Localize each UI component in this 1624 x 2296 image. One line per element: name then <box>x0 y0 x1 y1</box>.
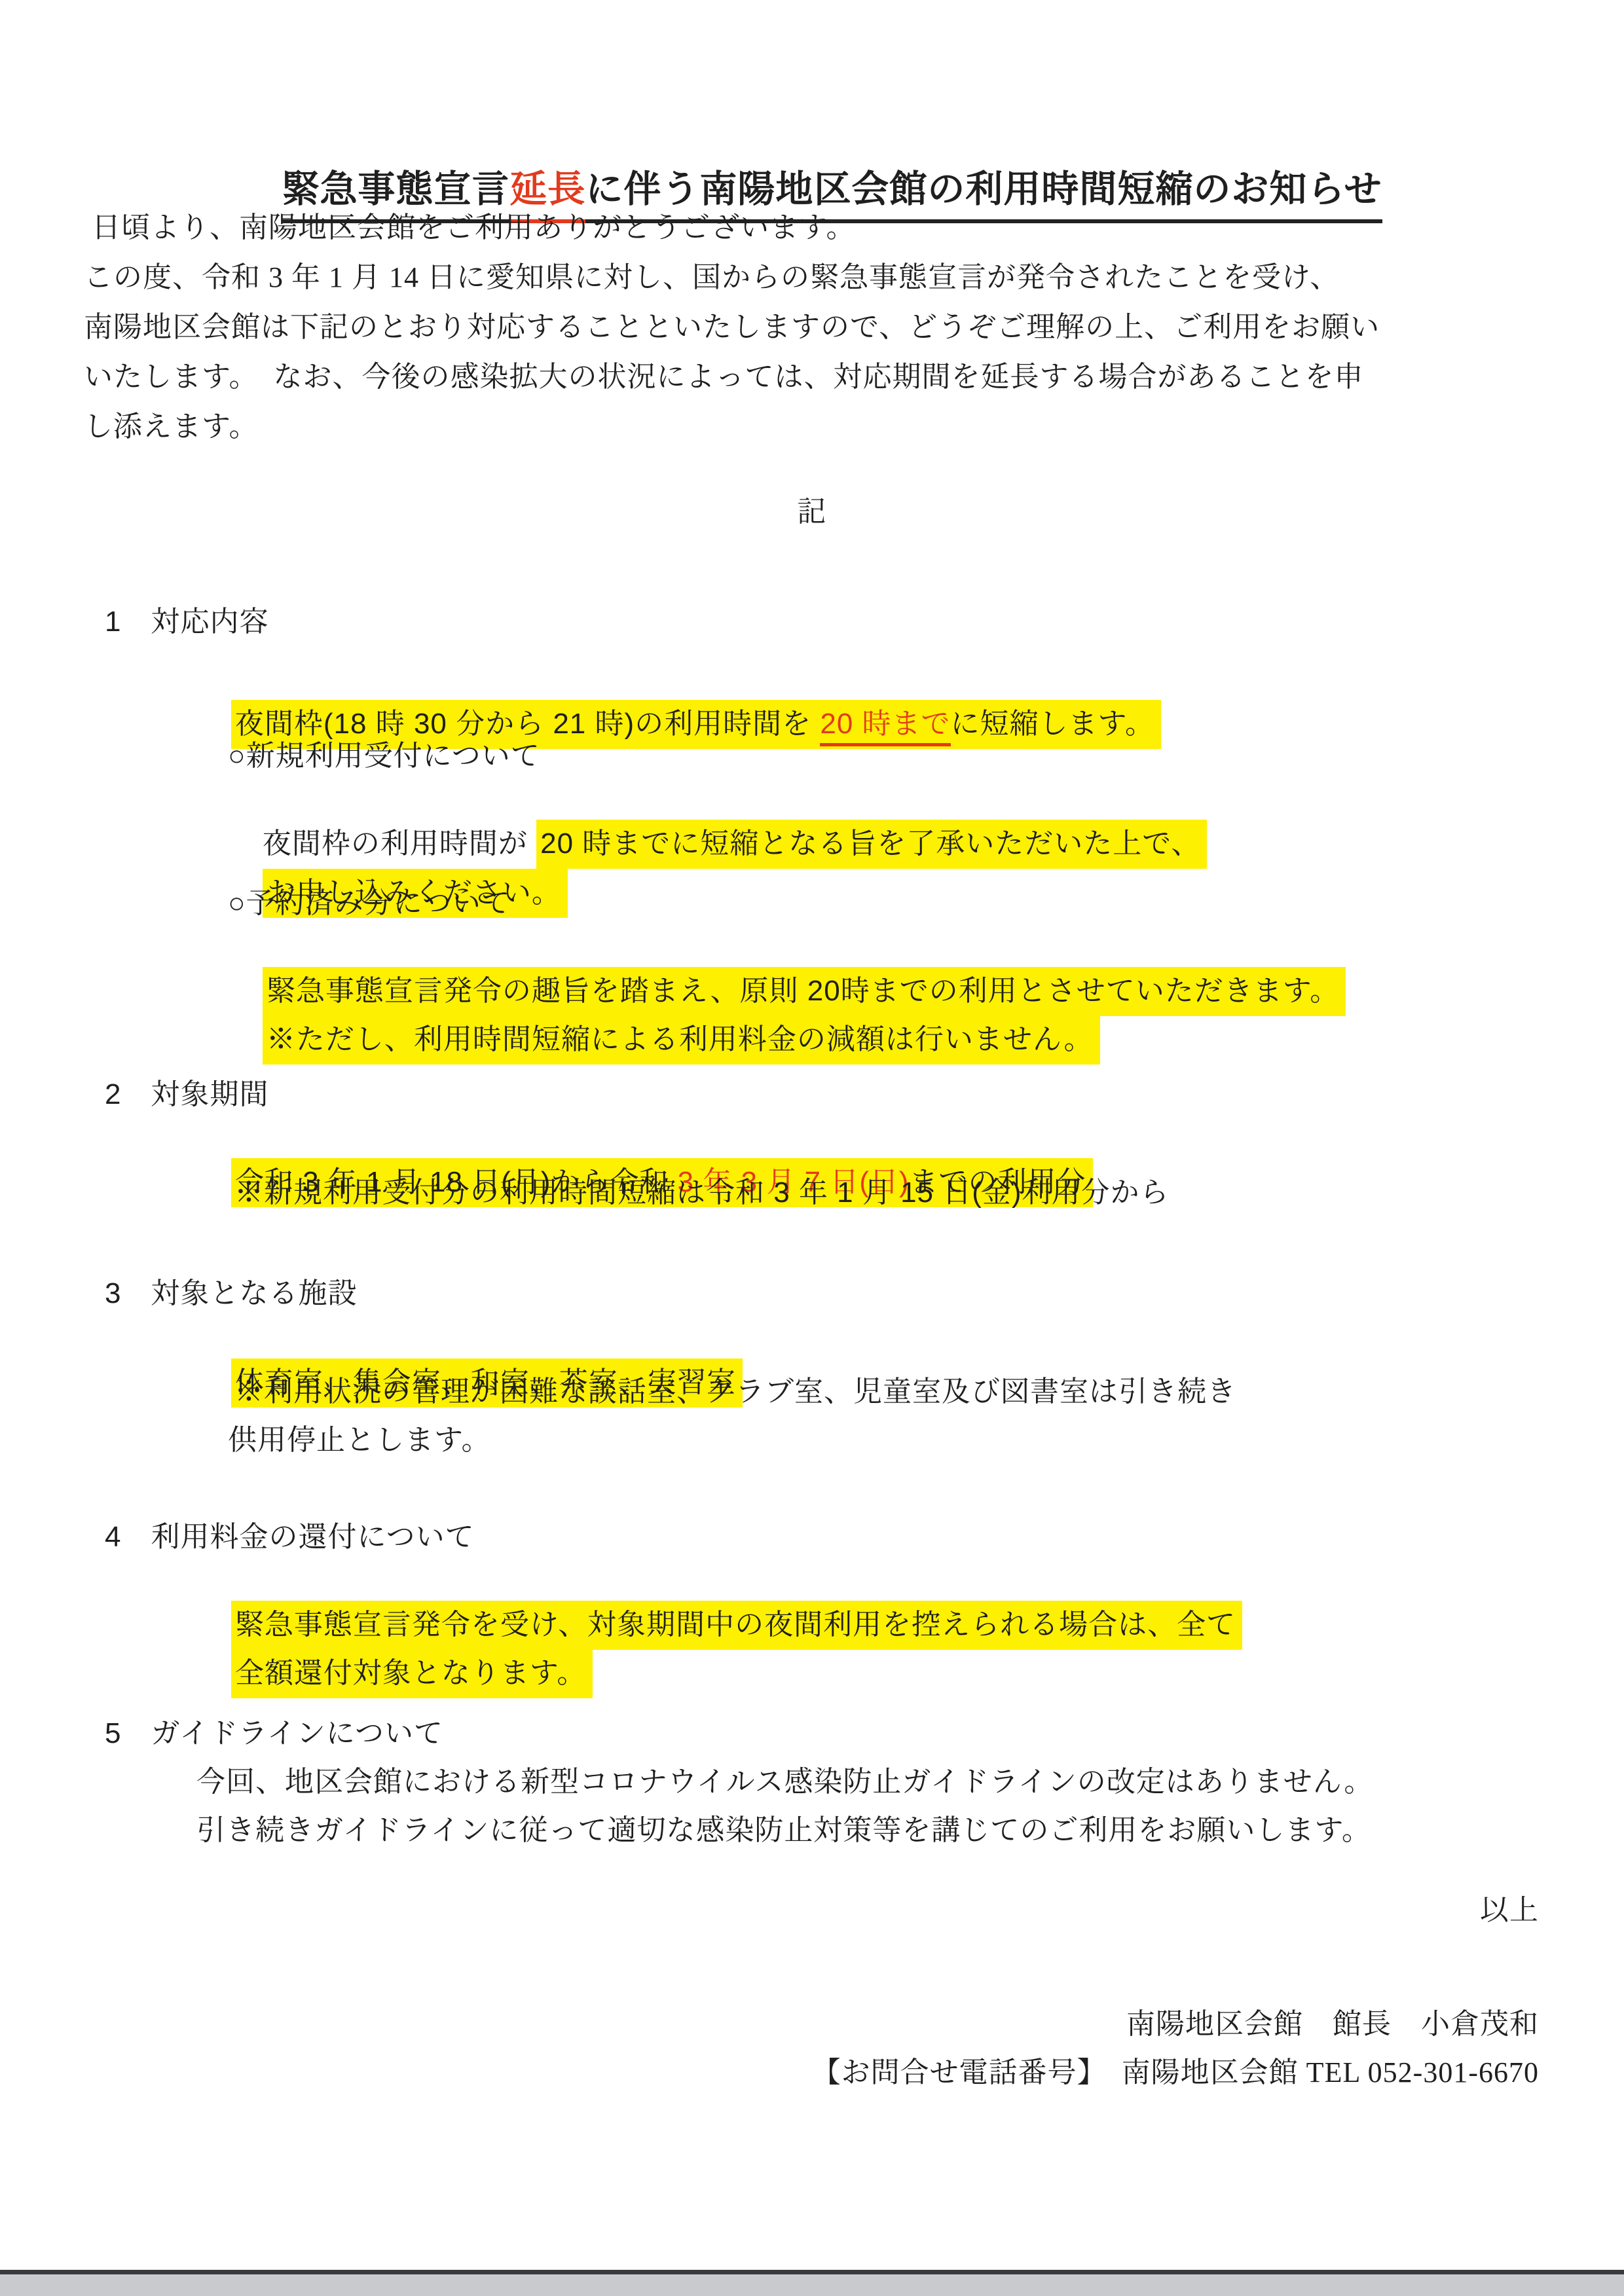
section5-heading: 5 ガイドラインについて <box>105 1714 443 1753</box>
scanned-notice-page: 緊急事態宣言延長に伴う南陽地区会館の利用時間短縮のお知らせ 日頃より、南陽地区会… <box>0 0 1624 2296</box>
intro-line-2: この度、令和 3 年 1 月 14 日に愛知県に対し、国からの緊急事態宣言が発令… <box>84 258 1339 297</box>
scan-edge-dark-line <box>0 2270 1624 2274</box>
section5-line-1: 今回、地区会館における新型コロナウイルス感染防止ガイドラインの改定はありません。 <box>196 1762 1373 1802</box>
scan-edge-gray-strip <box>0 2274 1624 2296</box>
section5-line-2: 引き続きガイドラインに従って適切な感染防止対策等を講じてのご利用をお願いします。 <box>196 1811 1371 1850</box>
section1-line3-highlight: 20 時までに短縮となる旨を了承いただいた上で、 <box>536 820 1207 869</box>
section3-heading: 3 対象となる施設 <box>105 1274 357 1313</box>
intro-line-1: 日頃より、南陽地区会館をご利用ありがとうございます。 <box>84 208 855 247</box>
section2-line-2: ※新規利用受付分の利用時間短縮は令和 3 年 1 月 15 日(金)利用分から <box>234 1173 1170 1212</box>
section4-line2-highlight: 全額還付対象となります。 <box>231 1649 593 1698</box>
section1-line-5: ○予約済み分について <box>228 884 511 923</box>
ki-marker: 記 <box>0 492 1624 532</box>
section3-line-2: ※利用状況の管理が困難な談話室、クラブ室、児童室及び図書室は引き続き <box>234 1372 1236 1412</box>
section1-line-7: ※ただし、利用時間短縮による利用料金の減額は行いません。 <box>228 981 1100 1099</box>
section1-line7-highlight: ※ただし、利用時間短縮による利用料金の減額は行いません。 <box>263 1015 1100 1065</box>
section1-line1-pre: 夜間枠(18 時 30 分から 21 時)の利用時間を <box>235 708 820 740</box>
section1-line-2: ○新規利用受付について <box>228 737 540 776</box>
footer-contact-phone: 【お問合せ電話番号】 南陽地区会館 TEL 052-301-6670 <box>812 2053 1539 2092</box>
intro-line-4: いたします。 なお、今後の感染拡大の状況によっては、対応期間を延長する場合がある… <box>84 357 1363 397</box>
closing-ijou: 以上 <box>1480 1891 1539 1930</box>
section1-heading: 1 対応内容 <box>105 602 268 642</box>
section2-heading: 2 対象期間 <box>105 1075 268 1114</box>
section1-line1-red-20ji: 20 時まで <box>820 708 950 746</box>
intro-line-5: し添えます。 <box>84 407 258 446</box>
footer-signature: 南陽地区会館 館長 小倉茂和 <box>1126 2005 1539 2044</box>
section1-line1-post: に短縮します。 <box>951 708 1154 740</box>
section3-line-3: 供用停止とします。 <box>228 1421 490 1460</box>
intro-line-3: 南陽地区会館は下記のとおり対応することといたしますので、どうぞご理解の上、ご利用… <box>84 308 1380 347</box>
section4-heading: 4 利用料金の還付について <box>105 1518 475 1557</box>
